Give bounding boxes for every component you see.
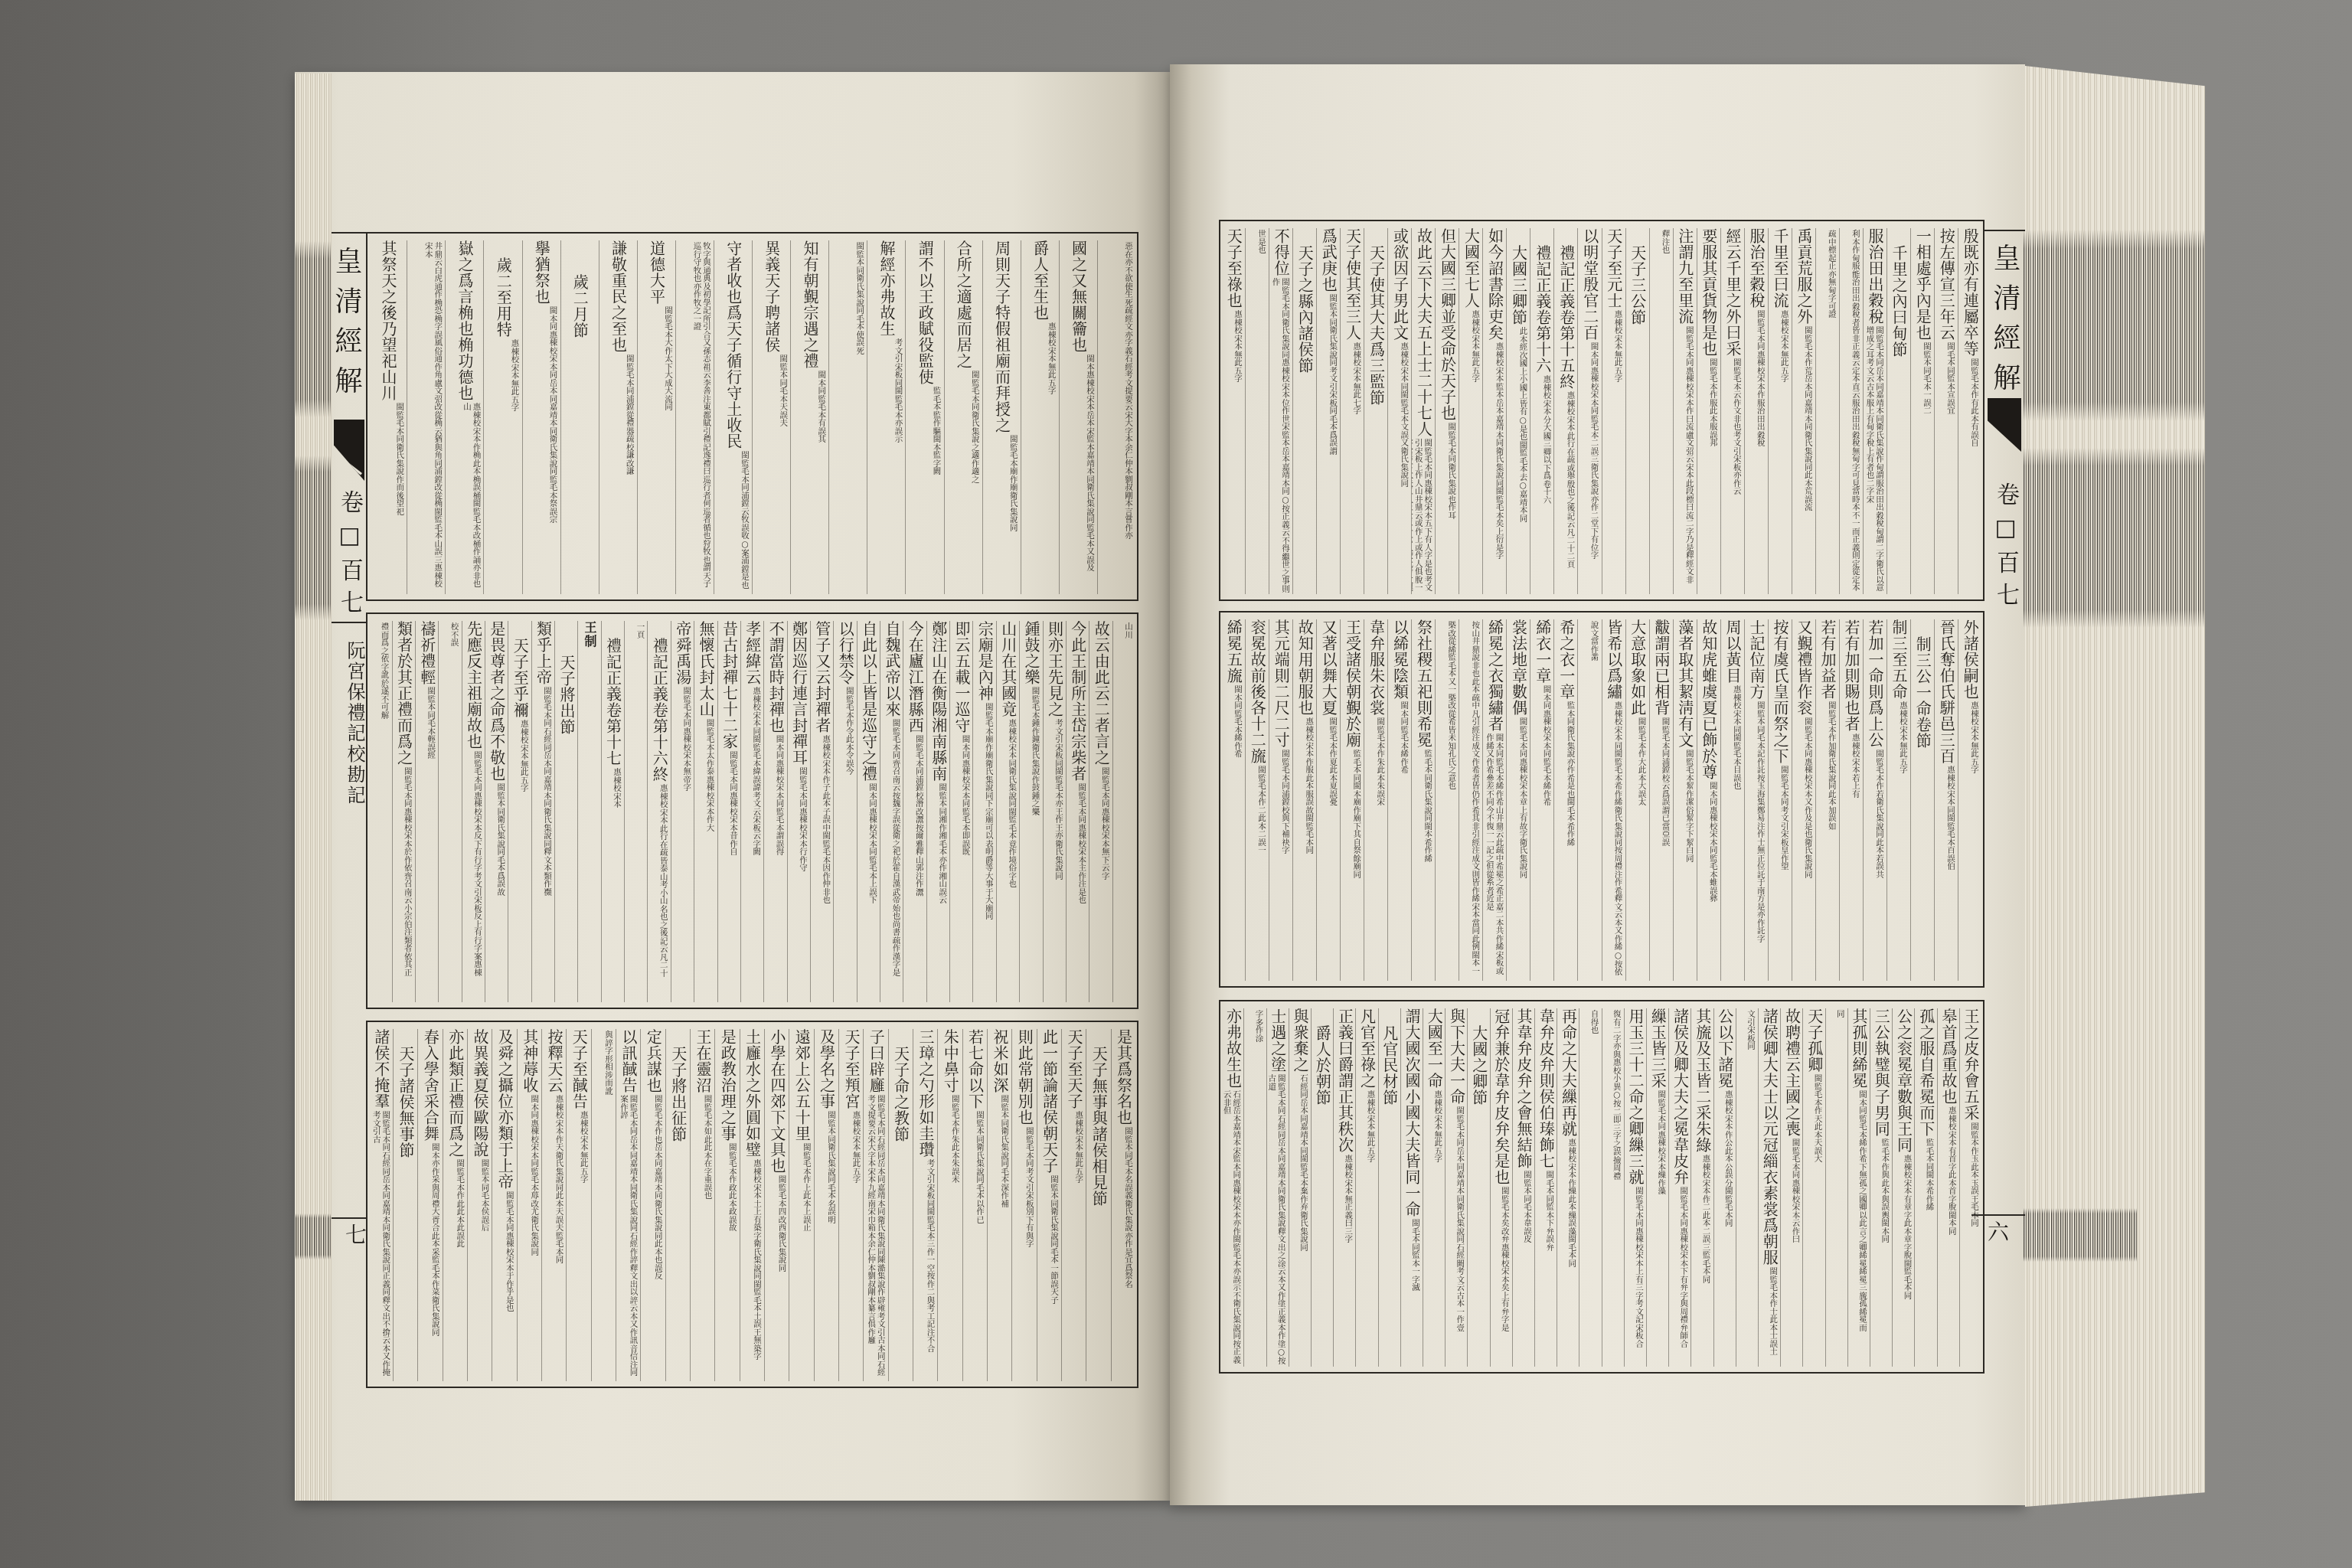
text-column: 不謂當時封禪也閩本同惠棟校宋本同監毛本謂誤得 <box>763 621 786 1002</box>
text-column: 謂大國次國小國大夫皆同一命閩毛本同監本一字滅 <box>1400 1008 1423 1367</box>
main-text: 希之衣一章 <box>1557 619 1574 700</box>
text-column: 子曰辟廱閩監毛本同石經同岳本同嘉靖本同衛氏集說同陳澔集說作辟雍考文引古本同石經考… <box>863 1029 887 1381</box>
annotation-text: 閩本同監毛本絺作希山井鼎云此疏中希冕之希正嘉二本共作絺宋板或作絺又作希參差不同今… <box>1483 732 1506 981</box>
margin-rule <box>332 1217 366 1219</box>
text-column: 說文當作黹 <box>1577 619 1601 981</box>
annotation-text: 惠棟校宋本無此五字 <box>1769 309 1792 594</box>
annotation-text: 牧字與通典及初學記所引合又孫志祖云李善注東都賦引禮記逸禮曰巡行者何巡者循也狩牧也… <box>676 240 714 594</box>
text-column: 異義天子聘諸侯閩監本同毛本天誤夫 <box>752 240 790 594</box>
annotation-text: 復有二字亦與惠校小異○按二即三字之誤撿周禮 <box>1602 1008 1624 1367</box>
main-text: 守者收也爲天子循行守土收民 <box>724 240 741 449</box>
text-column: 王受諸侯朝覲於廟監毛本同閩本廟作廟下其自祭餘廟同 <box>1340 619 1364 981</box>
annotation-text: 閩監毛本作此此本此誤此 <box>443 1158 467 1381</box>
text-column: 要服其貢貨物是也閩監毛本作服此本服誤邦 <box>1697 228 1720 594</box>
section-heading: 禮記正義卷第十七 <box>604 638 621 766</box>
annotation-text: 閩監毛本同惠棟校宋本上有三字考文記宋板合 <box>1625 1185 1646 1367</box>
section-heading: 千里之內曰甸節 <box>1890 245 1907 358</box>
text-column: 以絺冕陰類閩本同監毛本絺作希 <box>1387 619 1411 981</box>
annotation-text: 惠棟校宋本無此五字 <box>1887 700 1910 981</box>
text-column: 禮記正義卷第十六惠棟校宋本分大國三卿以下爲卷十六 <box>1530 228 1553 594</box>
annotation-text: 惠棟校宋本此行在疏皆泰山考小山名也之後記云凡二十 <box>648 782 670 1002</box>
main-text: 冠弁兼於韋弁皮弁矣是也 <box>1492 1008 1509 1185</box>
annotation-text: 惠棟校宋本無此五字 <box>1062 1109 1086 1381</box>
section-heading: 天子將出節 <box>558 655 575 735</box>
volume-label: 卷□百七 <box>338 490 361 622</box>
section-heading: 天子至乎禰 <box>511 638 528 718</box>
main-text: 是政教治理之事 <box>719 1029 736 1142</box>
section-heading: 天子之縣內諸侯節 <box>1296 245 1313 374</box>
annotation-text: 閩監毛本作有此本有誤自 <box>1958 357 1981 594</box>
main-text: 與下大夫一命 <box>1448 1008 1465 1105</box>
main-text: 皋首爲重故也 <box>1940 1008 1957 1105</box>
annotation-text: 閩監毛本作若衛氏集說同此本若誤共 <box>1864 748 1886 981</box>
text-column: 其祭天之後乃望祀山川閩監毛本同衛氏集說作而後望祀 <box>369 240 407 594</box>
annotation-text: 閩監毛本四改西衛氏集說同 <box>765 1174 789 1381</box>
main-text: 謙敬重民之至也 <box>609 240 626 353</box>
main-text: 服治田出穀稅 <box>1867 228 1883 325</box>
annotation-text: 閩本同惠棟校宋本同監毛本即誤既 <box>950 733 972 1002</box>
main-text: 解經亦弗故生 <box>878 240 895 337</box>
text-column: 利本作甸服能治田出穀稅者皆非正義云定本直云服治田出穀稅無甸字可見當時本不一而正義… <box>1839 228 1863 594</box>
text-column: 其孤則絺冕閩本同監毛本絺作希下無孤之國卿以此言之卿絺冕絺冕三旒孤絺冕而 <box>1847 1008 1870 1367</box>
main-text: 鄭注山在衡陽湘南縣南 <box>929 621 946 782</box>
annotation-text: 閩本亦作采與周禮大胥合此本采監毛本作菜衛氏集說同 <box>418 1142 442 1381</box>
right-bottom-register: 王之皮弁會五采閩監本作玉此本玉誤王毛本同皋首爲重故也惠棟校宋本有首字此本首字脫閩… <box>1219 1000 1984 1374</box>
annotation-text: 閩監本作玉此本玉誤王毛本同 <box>1960 1121 1981 1367</box>
margin-rule <box>1971 1214 2025 1216</box>
main-text: 士遇之塗 <box>1269 1008 1285 1073</box>
annotation-text: 釋注也 <box>1650 228 1673 594</box>
main-text: 三公執璧與子男同 <box>1873 1008 1890 1137</box>
text-column: 復有二字亦與惠校小異○按二即三字之誤撿周禮 <box>1602 1008 1624 1367</box>
annotation-text: 此本經次國上小國上皆有○是也閩監毛本去○嘉靖本同 <box>1507 325 1530 594</box>
book-title: 皇清經解 <box>1991 243 2018 403</box>
annotation-text: 閩監毛本作士此本士誤土 <box>1759 1266 1780 1367</box>
main-text: 注謂九至里流 <box>1676 228 1693 325</box>
annotation-text: 閩監毛本大作太下大成大流同 <box>638 305 675 594</box>
annotation-text: 閩本同惠棟校宋本同岳本同嘉靖本同衛氏集說同監毛本祭誤宗 <box>523 305 560 594</box>
annotation-text: 惠棟校宋本土上有築字衛氏集說同閩監毛本土誤王無築字 <box>740 1158 764 1381</box>
text-column: 天子至乎禰惠棟校宋本無此五字 <box>508 621 531 1002</box>
main-text: 其元端則二尺二寸 <box>1272 619 1289 748</box>
main-text: 春入學舍采合舞 <box>422 1029 439 1142</box>
main-text: 如今詔書除吏矣 <box>1486 228 1503 341</box>
text-column: 晉氏奪伯氏駢邑三百惠棟校宋本同閩監毛本百誤伯 <box>1934 619 1958 981</box>
main-text: 是畏尊者之命爲不敬也 <box>488 621 505 782</box>
text-column: 知有朝覲宗遇之禮閩本同監毛本有誤其 <box>790 240 828 594</box>
annotation-text: 閩本同惠棟校宋本同監毛本上誤下 <box>857 782 880 1002</box>
main-text: 此一節論諸侯朝天子 <box>1040 1029 1057 1174</box>
text-column: 外諸侯嗣也惠棟校宋本無此五字 <box>1958 619 1981 981</box>
main-text: 以行禁令 <box>837 621 854 685</box>
main-text: 天子孤卿 <box>1805 1008 1822 1073</box>
annotation-text: 按山井鼎說非也此本疏中凡引經注成文作希者皆仍作希其非引經注成文則皆作絺宋本當同此… <box>1459 619 1482 981</box>
main-text: 祭社稷五祀則希冕 <box>1415 619 1432 748</box>
text-column: 藻者取其絜淸有文閩監毛本絜作潔俗絜字下絜白同 <box>1673 619 1697 981</box>
text-column: 天子使其大夫爲三監節 <box>1364 228 1387 594</box>
text-column: 公以下諸冕惠棟校宋本作公此本公誤分閩監毛本同 <box>1713 1008 1736 1367</box>
annotation-text: 閩監毛本同石經同岳本同嘉靖本同衛氏集說同陳澔集說作辟雍考文引古本同石經考文提要云… <box>864 1093 887 1381</box>
annotation-text: 閩監毛本同衛氏集說之適作適之 <box>945 369 982 594</box>
main-text: 故云由此云二者言之 <box>1093 621 1109 766</box>
text-column: 其元端則二尺二寸閩監毛本同浦鏜校與下補袂字 <box>1269 619 1292 981</box>
annotation-text: 閩監毛本同衛氏集說也作耳 <box>1436 421 1459 594</box>
annotation-text: 惠棟校宋本分大國三卿以下爲卷十六 <box>1530 374 1553 594</box>
text-column: 若有加則賜也者惠棟校宋本若上有 <box>1839 619 1863 981</box>
annotation-text: 閩監毛本作加衛氏集說同此本加誤如 <box>1816 700 1839 981</box>
main-text: 合所之適處而居之 <box>955 240 972 369</box>
text-column: 大國之卿節 <box>1467 1008 1489 1367</box>
main-text: 王之皮弁會五采 <box>1962 1008 1979 1121</box>
annotation-text: 考文引宋板同閩監毛本亦誤示 <box>867 337 905 594</box>
annotation-text: 閩監毛本如此此本在字重誤也 <box>691 1093 714 1381</box>
text-column: 天子將出節 <box>554 621 577 1002</box>
annotation-text: 閩監本同衛氏集說同毛本爲誤故 <box>485 782 508 1002</box>
text-column: 合所之適處而居之閩監毛本同衛氏集說之適作適之 <box>944 240 982 594</box>
annotation-text: 閩監毛本同惠棟校宋本無下云字 <box>1089 766 1112 1002</box>
annotation-text: 槩改從絺監毛本又一槩改從希皆未知孔氏之意也 <box>1436 619 1459 981</box>
main-text: 凡官至祿之 <box>1358 1008 1375 1089</box>
main-text: 故知用朝服也 <box>1296 619 1313 716</box>
annotation-text: 閩監毛本同岳本同嘉靖本同衛氏集說作甸謂服治田出穀稅甸謂二字衛氏以意增成之耳考文云… <box>1864 325 1886 594</box>
annotation-text: 閩監毛本作政此本政誤故 <box>715 1142 739 1381</box>
annotation-text: 惠棟校宋本若上有 <box>1840 732 1863 981</box>
main-text: 土廱水之外圓如璧 <box>743 1029 760 1158</box>
annotation-text: 惠棟校宋本同閩監毛本文誤又衛氏集說同 <box>1388 341 1411 594</box>
text-column: 王之皮弁會五采閩監本作玉此本玉誤王毛本同 <box>1959 1008 1981 1367</box>
text-column: 小學在四郊下文具也閩監毛本四改西衛氏集說同 <box>764 1029 789 1381</box>
main-text: 絺冕五旒 <box>1225 619 1242 684</box>
text-column: 解經亦弗故生考文引宋板同閩監毛本亦誤示 <box>867 240 905 594</box>
annotation-text: 閩監毛本同惠棟校宋本于作乎是也 <box>492 1190 516 1381</box>
annotation-text: 閩監毛本同惠棟校宋本下有弁字與周禮弁師合 <box>1669 1185 1690 1367</box>
text-column: 鄭注山在衡陽湘南縣南閩監本同湘作湘毛本亦作湘山誤云 <box>926 621 949 1002</box>
ink-bleed <box>296 241 332 417</box>
text-column: 謂不以王政賦役監使監毛本監作驅閩本監字闕 <box>905 240 943 594</box>
text-column: 井鼎云白虎通作桷恐桷字誤風俗通作角盧文弨改從桷云猶與角同浦鏜改從桷閩監毛本山誤三… <box>407 240 445 594</box>
annotation-text: 字多作涂 <box>1244 1008 1266 1367</box>
text-column: 大意取象如此閩監毛本作大此本大誤太 <box>1625 619 1649 981</box>
text-column: 禮記正義卷第十七惠棟校宋本 <box>601 621 624 1002</box>
text-column: 服治田出穀稅閩監毛本同岳本同嘉靖本同衛氏集說作甸謂服治田出穀稅甸謂二字衛氏以意增… <box>1863 228 1886 594</box>
annotation-text: 閩毛本同監本下弁誤弁 <box>1535 1169 1557 1367</box>
text-column: 文引宋板同 <box>1736 1008 1758 1367</box>
main-text: 故異義夏侯歐陽說 <box>472 1029 488 1158</box>
annotation-text: 閩監毛本矣改弁惠棟校宋本矣上有弁字是 <box>1491 1185 1512 1367</box>
text-column: 三璋之勺形如圭瓚考文引宋板同閩監毛本三作一空按作二與考工記注不合 <box>913 1029 937 1381</box>
text-column: 守者收也爲天子循行守土收民閩監毛本同浦鏜云牧誤收○案浦鏜是也 <box>714 240 752 594</box>
section-heading: 制三公一命卷節 <box>1914 636 1931 749</box>
main-text: 諸侯不掩羣 <box>372 1029 389 1109</box>
annotation-text: 閩本同惠棟校宋本同監毛本蓐改尤衛氏集說同 <box>518 1093 541 1381</box>
main-text: 故知虎蜼虞夏已飾於尊 <box>1700 619 1717 780</box>
text-column: 制三公一命卷節 <box>1910 619 1934 981</box>
text-column: 一相處乎內是也閩監本同毛本一誤二 <box>1910 228 1934 594</box>
main-text: 但大國三卿並受命於天子也 <box>1439 228 1455 421</box>
text-column: 韋弁皮弁則侯伯瑧飾七閩毛本同監本下弁誤弁 <box>1534 1008 1557 1367</box>
text-column: 此一節論諸侯朝天子閩監本同衛氏集說同毛本一節誤天子 <box>1037 1029 1061 1381</box>
annotation-text: 閩監毛本同石經同岳本同嘉靖本同衛氏集說同釋文本類作禷 <box>532 685 554 1002</box>
text-column: 大國至七人惠棟校宋本無此五字 <box>1459 228 1482 594</box>
main-text: 天子至頖宮 <box>843 1029 860 1109</box>
text-column: 以明堂殷官二百閩本同惠棟校宋本同監毛本二誤三衛氏集說亦作二堂下有位字 <box>1577 228 1601 594</box>
annotation-text: 井鼎云白虎通作桷恐桷字誤風俗通作角盧文弨改從桷云猶與角同浦鏜改從桷閩監毛本山誤三… <box>407 240 445 594</box>
text-column: 黻謂兩已相背閩監毛本同浦鏜校云爲誤謂已當亞誤 <box>1649 619 1673 981</box>
main-text: 外諸侯嗣也 <box>1962 619 1978 700</box>
annotation-text: 閩監毛本同齊召南云按魏字誤從衛之祀於霍自漢武帝始也尚書疏作漢字是 <box>880 717 903 1002</box>
annotation-text: 同 <box>1826 1008 1847 1367</box>
annotation-text: 閩監毛本作大此本大誤太 <box>1626 716 1649 981</box>
text-column: 再命之大夫繅再就惠棟校宋本作繅此本繅誤藻閩毛本同 <box>1557 1008 1579 1367</box>
text-column: 自魏武帝以來閩監毛本同齊召南云按魏字誤從衛之祀於霍自漢武帝始也尚書疏作漢字是 <box>880 621 903 1002</box>
main-text: 帝舜禹湯 <box>674 621 691 685</box>
text-column: 絺冕之衣獨繡者閩本同監毛本絺作希山井鼎云此疏中希冕之希正嘉二本共作絺宋板或作絺又… <box>1482 619 1506 981</box>
main-text: 定兵謀也 <box>645 1029 661 1093</box>
text-column: 禮記正義卷第十六終惠棟校宋本此行在疏皆泰山考小山名也之後記云凡二十 <box>647 621 670 1002</box>
annotation-text: 閩監毛本作服此本服誤邦 <box>1697 357 1720 594</box>
main-text: 是其爲祭名也 <box>1115 1029 1132 1125</box>
annotation-text: 惠棟校宋本無正義曰三字 <box>1334 1153 1355 1367</box>
text-column: 一頁 <box>624 621 647 1002</box>
annotation-text: 閩毛本同監本一字滅 <box>1401 1217 1423 1367</box>
annotation-text: 閩監毛本作二此本二誤一 <box>1246 764 1269 981</box>
annotation-text: 惠棟校宋本有首字此本首字脫閩本同 <box>1938 1105 1959 1367</box>
main-text: 爵人至生也 <box>1031 240 1048 321</box>
text-column: 爵人至生也惠棟校宋本無此五字 <box>1021 240 1059 594</box>
page-number: 七 <box>344 1223 365 1245</box>
ink-bleed <box>2024 1208 2138 1262</box>
section-heading: 大國之卿節 <box>1470 1025 1487 1106</box>
main-text: 其韋弁皮弁之會無結飾 <box>1515 1008 1532 1169</box>
annotation-text: 惠棟校宋本無此五字 <box>567 1109 590 1381</box>
main-text: 大意取象如此 <box>1628 619 1645 716</box>
text-column: 亦此類正禮而爲之閩監毛本作此此本此誤此 <box>443 1029 467 1381</box>
annotation-text: 閩監毛本同惠棟校宋本行作守 <box>788 766 810 1002</box>
text-column: 用玉三十二命之卿繅三就閩監毛本同惠棟校宋本上有三字考文記宋板合 <box>1624 1008 1646 1367</box>
text-column: 殷既亦有連屬卒等閩監毛本作有此本有誤自 <box>1958 228 1981 594</box>
main-text: 用玉三十二命之卿繅三就 <box>1627 1008 1644 1185</box>
left-middle-register: 山川故云由此云二者言之閩監毛本同惠棟校宋本無下云字今此王制所主岱宗柴者閩監毛本同… <box>366 612 1138 1009</box>
annotation-text: 閩監本同毛本一誤二 <box>1911 341 1934 594</box>
annotation-text: 惠棟校宋本同閩監毛本緯誤諱考文云宋板云字闕 <box>741 685 763 1002</box>
text-column: 經云千里之外曰采閩監毛本云作文非也考文引宋板亦作云 <box>1720 228 1744 594</box>
annotation-text: 惠棟校宋本同衛氏集說同閩監毛本竟作境俗字也 <box>997 717 1019 1002</box>
text-column: 帝舜禹湯閩監毛本同惠棟校宋本無帝字 <box>671 621 694 1002</box>
text-column: 嶽之爲言桷也桷功德也惠棟校宋本作桷此本桷誤桶閩監毛本改桶作誦亦非也山 <box>445 240 483 594</box>
annotation-text: 自得也 <box>1579 1008 1601 1367</box>
text-column: 不得位閩監毛本同衛氏集說同惠棟校宋本位作世宋監本岳本嘉靖本同○按正義云不得繼世之… <box>1269 228 1292 594</box>
annotation-text: 惠棟校宋本無此五字 <box>1602 309 1625 594</box>
main-text: 經云千里之外曰采 <box>1723 228 1740 357</box>
annotation-text: 山川 <box>1113 621 1135 1002</box>
annotation-text: 閩監毛本鍾作鐘衛氏集說作鼓鍾之樂 <box>1020 685 1042 1002</box>
text-column: 山川在其國竟惠棟校宋本同衛氏集說同閩監毛本竟作境俗字也 <box>996 621 1019 1002</box>
main-text: 先應反主祖廟故也 <box>465 621 482 750</box>
main-text: 鄭因巡行連言封禪耳 <box>790 621 807 766</box>
annotation-text: 惠棟校宋本無此七字 <box>1341 341 1364 594</box>
section-heading: 歲二至用特 <box>495 257 511 338</box>
text-column: 擧猶祭也閩本同惠棟校宋本同岳本同嘉靖本同衛氏集說同監毛本祭誤宗 <box>522 240 560 594</box>
text-column: 今在廬江潛縣西閩監毛本同浦鏜校潛改灊按爾雅釋山郭注作灊 <box>903 621 926 1002</box>
annotation-text: 閩監毛本同惠棟校宋本主作注是也 <box>1067 782 1089 1002</box>
section-heading: 禮記正義卷第十五終 <box>1557 245 1574 390</box>
annotation-text: 閩監毛本同石經同岳本同嘉靖本同衛氏集說同正義同釋文出不揜云本又作掩考文引古 <box>369 1109 393 1381</box>
text-column: 按釋天云惠棟校宋本作天衛氏集說同此本天誤夫監毛本同 <box>541 1029 566 1381</box>
main-text: 及舜之攝位亦類于上帝 <box>496 1029 513 1190</box>
main-text: 謂大國次國小國大夫皆同一命 <box>1403 1008 1420 1217</box>
text-column: 正義曰爵謂正其秩次惠棟校宋本無正義曰三字 <box>1333 1008 1355 1367</box>
main-text: 天子使其至三人 <box>1344 228 1361 341</box>
annotation-text: 惠棟校宋本作二此本二誤三監毛本同 <box>1691 1153 1713 1367</box>
left-top-register: 惡在亦不欲使生死疏經文亦字義石經考文提要云宋大字本余仁仲本劉叔剛本言嘗作亦國之又… <box>366 232 1138 601</box>
text-column: 大國三卿節此本經次國上小國上皆有○是也閩監毛本去○嘉靖本同 <box>1506 228 1530 594</box>
annotation-text: 說文當作黹 <box>1578 619 1601 981</box>
section-heading: 天子使其大夫爲三監節 <box>1367 245 1384 406</box>
section-heading: 禮記正義卷第十六 <box>1534 245 1550 374</box>
text-column: 大國至一命惠棟校宋本無此五字 <box>1423 1008 1445 1367</box>
text-column: 皋首爲重故也惠棟校宋本有首字此本首字脫閩本同 <box>1937 1008 1959 1367</box>
main-text: 故此云下大夫五上士二十七人 <box>1415 228 1432 437</box>
annotation-text: 閩監本同毛本韋誤皮 <box>1513 1169 1534 1367</box>
text-column: 又著以舞大夏閩監毛本作夏此本夏誤憂 <box>1316 619 1340 981</box>
text-column: 自得也 <box>1579 1008 1601 1367</box>
text-column: 以訊馘告閩監毛本同岳本同嘉靖本同衛氏集說同石經作誶釋文出以誶云本又作訊音信注同案… <box>616 1029 640 1381</box>
text-column: 按有虞氏皇而祭之下閩監毛本同考文引宋板皇作望 <box>1768 619 1792 981</box>
annotation-text: 閩監毛本同惠棟校宋本章上有故字衛氏集說同 <box>1507 716 1530 981</box>
text-column: 釋注也 <box>1649 228 1673 594</box>
annotation-text: 文引宋板同 <box>1736 1008 1758 1367</box>
text-column: 祝米如深閩監本同衛氏集說同毛本深作補 <box>987 1029 1011 1381</box>
annotation-text: 惠棟校宋本無此五字 <box>1423 1089 1445 1367</box>
text-column: 以行禁令閩監毛本作令此本令誤今 <box>833 621 856 1002</box>
text-column: 如今詔書除吏矣惠棟校宋本監本岳本嘉靖本同衛氏集說同閩監毛本矣上衍是字 <box>1482 228 1506 594</box>
main-text: 其神蓐收 <box>521 1029 537 1093</box>
main-text: 爲武庚也 <box>1320 228 1337 292</box>
annotation-text: 閩監毛本絜作潔俗絜字下絜白同 <box>1674 748 1697 981</box>
annotation-text: 閩監毛本同惠棟校宋本繅作藻 <box>1647 1089 1668 1367</box>
text-column: 千里至曰流惠棟校宋本無此五字 <box>1768 228 1792 594</box>
text-column: 天子命之教節 <box>888 1029 913 1381</box>
text-column: 禱祈禮輕閩監本同毛本輕誤經 <box>415 621 438 1002</box>
main-text: 王在靈沼 <box>694 1029 711 1093</box>
text-column: 韋弁服朱衣裳閩監毛本作朱此本朱誤宋 <box>1364 619 1387 981</box>
annotation-text: 禮而爲之依字訛於遂不可解 <box>369 621 391 1002</box>
section-heading: 禮記正義卷第十六終 <box>651 638 668 782</box>
margin-rule <box>332 622 366 623</box>
text-column: 凡官民材節 <box>1378 1008 1400 1367</box>
text-column: 皆希以爲繡惠棟校宋本同閩監毛本希作絺衛氏集說同按周禮注作希釋文云本又作絺○按依 <box>1602 619 1625 981</box>
text-column: 禮記正義卷第十五終惠棟校宋本此行在疏或舉殷也之後記云凡二十二頁 <box>1553 228 1577 594</box>
main-text: 晉氏奪伯氏駢邑三百 <box>1938 619 1955 764</box>
annotation-text: 閩監本同毛本名誤義衛氏集說亦作是宜爲祭名 <box>1112 1125 1135 1381</box>
main-text: 或欲因子男此文 <box>1391 228 1408 341</box>
text-column: 校不誤 <box>438 621 461 1002</box>
annotation-text: 閩本同惠棟校宋本同監毛本謂誤得 <box>764 733 786 1002</box>
text-column: 絺衣一章閩本同惠棟校宋本同監毛本絺作希 <box>1530 619 1553 981</box>
annotation-text: 閩監毛本同浦鏜校潛改灊按爾雅釋山郭注作灊 <box>903 733 926 1002</box>
annotation-text: 石經岳本嘉靖本宋監本同惠棟校宋本亦作閩監毛本亦誤示不衛氏集說同按正義云非但 <box>1222 1089 1243 1367</box>
ink-bleed <box>2024 448 2205 628</box>
annotation-text: 惠棟校宋本無此五字 <box>1356 1089 1377 1367</box>
text-column: 服治至穀稅閩監毛本同惠棟校宋本作服治田出穀稅 <box>1744 228 1768 594</box>
main-text: 以訊馘告 <box>620 1029 637 1093</box>
text-column: 諸侯卿大夫士以元冠緇衣素裳爲朝服閩監毛本作士此本士誤土 <box>1758 1008 1780 1367</box>
main-text: 若有加益者 <box>1819 619 1836 700</box>
text-column: 故聘禮云主國之喪閩監毛本同惠棟校宋本云作曰 <box>1780 1008 1802 1367</box>
right-middle-register: 外諸侯嗣也惠棟校宋本無此五字晉氏奪伯氏駢邑三百惠棟校宋本同閩監毛本百誤伯制三公一… <box>1219 611 1984 988</box>
annotation-text: 閩監毛本同衛氏集說作而後望祀 <box>369 401 407 594</box>
book-title: 皇清經解 <box>332 247 360 406</box>
text-column: 閩監本同衛氏集說同毛本使誤死 <box>828 240 867 594</box>
volume-label: 卷□百七 <box>1994 482 2017 615</box>
main-text: 以絺冕陰類 <box>1391 619 1408 700</box>
text-column: 注謂九至里流閩監毛本同惠棟校宋本作曰流盧文弨云宋本此段標曰流二字乃是釋經文非 <box>1673 228 1697 594</box>
text-column: 春入學舍采合舞閩本亦作采與周禮大胥合此本采監毛本作菜衛氏集說同 <box>417 1029 442 1381</box>
text-column: 山川 <box>1112 621 1135 1002</box>
text-column: 或欲因子男此文惠棟校宋本同閩監毛本文誤又衛氏集說同 <box>1387 228 1411 594</box>
main-text: 王受諸侯朝覲於廟 <box>1344 619 1361 748</box>
text-column: 管子又云封禪者惠棟校宋本作子此本子誤中閩監毛本因作仲非也 <box>810 621 833 1002</box>
text-column: 繅玉皆三采閩監毛本同惠棟校宋本繅作藻 <box>1646 1008 1668 1367</box>
main-text: 故聘禮云主國之喪 <box>1783 1008 1800 1137</box>
text-column: 是其爲祭名也閩監本同毛本名誤義衛氏集說亦作是宜爲祭名 <box>1111 1029 1135 1381</box>
main-text: 按左傳宣三年云 <box>1938 228 1955 341</box>
main-text: 朱中鼻寸 <box>942 1029 959 1093</box>
annotation-text: 惠棟校宋本此行在疏或舉殷也之後記云凡二十二頁 <box>1554 390 1577 594</box>
main-text: 其孤則絺冕 <box>1851 1008 1867 1089</box>
text-column: 類乎上帝閩監毛本同石經同岳本同嘉靖本同衛氏集說同釋文本類作禷 <box>531 621 554 1002</box>
main-text: 若加一命則爲上公 <box>1867 619 1883 748</box>
text-column: 天子至祿也惠棟校宋本無此五字 <box>1222 228 1245 594</box>
annotation-text: 惠棟校宋本作服此本服誤故閩監毛本同 <box>1293 716 1316 981</box>
text-column: 天子三公節 <box>1625 228 1649 594</box>
main-text: 三璋之勺形如圭瓚 <box>917 1029 934 1158</box>
text-column: 昔古封禪七十二家閩監毛本同惠棟校宋本昔作自 <box>717 621 740 1002</box>
text-column: 制三至五命惠棟校宋本無此五字 <box>1886 619 1910 981</box>
annotation-text: 惠棟校宋本作桷此本桷誤桶閩監毛本改桶作誦亦非也山 <box>446 401 483 594</box>
text-column: 同 <box>1825 1008 1847 1367</box>
text-column: 爵人於朝節 <box>1311 1008 1333 1367</box>
annotation-text: 惠棟校宋本無此五字 <box>508 718 531 1002</box>
main-text: 知有朝覲宗遇之禮 <box>802 240 818 369</box>
main-text: 擧猶祭也 <box>533 240 550 305</box>
annotation-text: 閩監毛本廟作廟衛氏集說同 <box>983 433 1021 594</box>
annotation-text: 惠棟校宋本無此五字 <box>839 1109 863 1381</box>
annotation-text: 惠棟校宋本有章字此本章字脫閩監毛本同 <box>1893 1153 1914 1367</box>
text-column: 是畏尊者之命爲不敬也閩監本同衛氏集說同毛本爲誤故 <box>485 621 508 1002</box>
annotation-text: 閩監本同衛氏集說同毛本名誤明 <box>815 1109 838 1381</box>
text-column: 孤之服自希冕而下監毛本同閩本希作絺 <box>1914 1008 1936 1367</box>
text-column: 歲二月節 <box>560 240 599 594</box>
main-text: 裳法地章數偶 <box>1510 619 1527 716</box>
ink-bleed <box>296 1214 332 1259</box>
main-text: 亦弗故生也 <box>1224 1008 1241 1089</box>
annotation-text: 閩監毛本廟作廟衛氏集說同下宗廟可以表明爵等大事于大廟同 <box>973 701 995 1002</box>
main-text: 按有虞氏皇而祭之下 <box>1772 619 1788 764</box>
text-column: 先應反主祖廟故也閩監毛本同惠棟校宋本反下有行字考文引宋板反上有行字案惠棟 <box>462 621 485 1002</box>
main-text: 今在廬江潛縣西 <box>906 621 923 733</box>
main-text: 其旒及玉皆二采朱綠 <box>1694 1008 1710 1153</box>
annotation-text: 惠棟校宋本作繅此本繅誤藻閩毛本同 <box>1557 1137 1579 1367</box>
text-column: 天子將出征節 <box>665 1029 690 1381</box>
text-column: 諸侯及卿大夫之冕韋皮弁閩監毛本同惠棟校宋本下有弁字與周禮弁師合 <box>1668 1008 1690 1367</box>
annotation-text: 校不誤 <box>439 621 461 1002</box>
main-text: 韋弁服朱衣裳 <box>1367 619 1384 716</box>
main-text: 正義曰爵謂正其秩次 <box>1336 1008 1353 1153</box>
annotation-text: 閩本同惠棟校宋本同監毛本二誤三衛氏集說亦作二堂下有位字 <box>1578 341 1601 594</box>
text-column: 周則天子特假祖廟而拜授之閩監毛本廟作廟衛氏集說同 <box>982 240 1021 594</box>
text-column: 士記位南方閩監本同毛本記作託按玉海集鄭易注作士無正位託于南方是亦作託字 <box>1744 619 1768 981</box>
